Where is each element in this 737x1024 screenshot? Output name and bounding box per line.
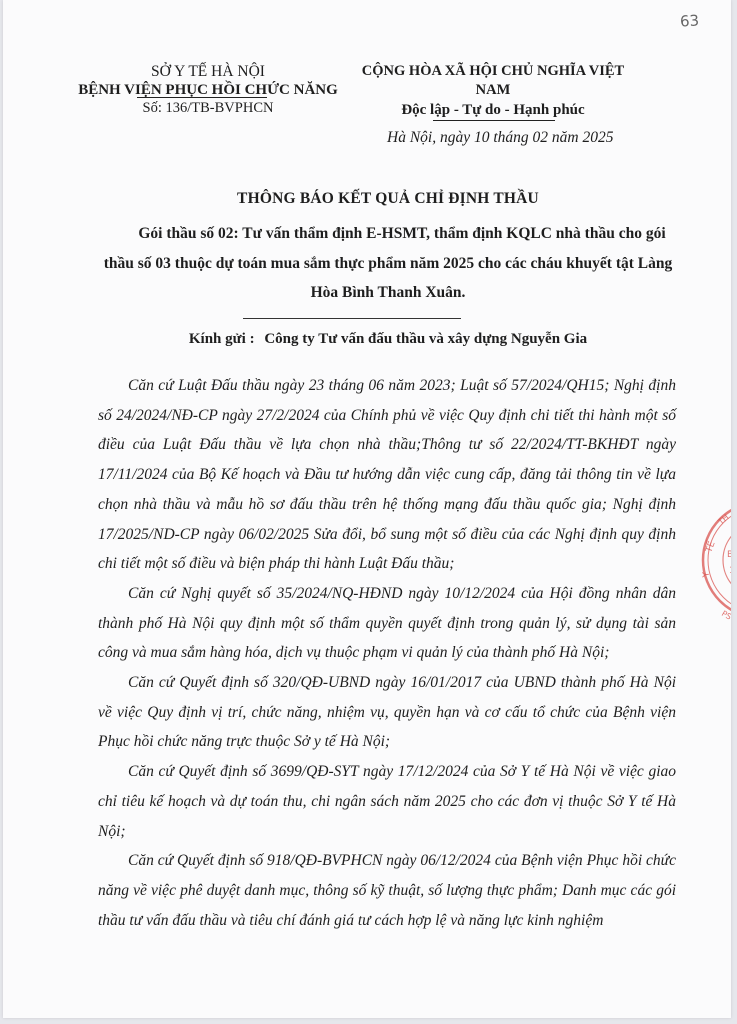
- document-body: Căn cứ Luật Đấu thầu ngày 23 tháng 06 nă…: [98, 371, 676, 935]
- recipient-label: Kính gửi :: [189, 331, 255, 347]
- legal-basis-paragraph: Căn cứ Luật Đấu thầu ngày 23 tháng 06 nă…: [98, 371, 676, 579]
- svg-text:B: B: [727, 550, 731, 560]
- legal-basis-paragraph: Căn cứ Quyết định số 918/QĐ-BVPHCN ngày …: [98, 846, 676, 935]
- recipient-line: Kính gửi : Công ty Tư vấn đấu thầu và xâ…: [103, 331, 673, 348]
- legal-basis-paragraph: Căn cứ Quyết định số 320/QĐ-UBND ngày 16…: [98, 668, 676, 757]
- red-seal-stamp-icon: TẾ Y TH B 1 PS: [699, 495, 731, 625]
- parent-agency: SỞ Y TẾ HÀ NỘI: [73, 62, 343, 81]
- nation-name: CỘNG HÒA XÃ HỘI CHỦ NGHĨA VIỆT NAM: [353, 62, 633, 100]
- legal-basis-paragraph: Căn cứ Nghị quyết số 35/2024/NQ-HĐND ngà…: [98, 579, 676, 668]
- national-motto: Độc lập - Tự do - Hạnh phúc: [353, 100, 633, 120]
- national-header-block: CỘNG HÒA XÃ HỘI CHỦ NGHĨA VIỆT NAM Độc l…: [353, 62, 633, 121]
- svg-text:PS: PS: [720, 609, 731, 622]
- document-number: Số: 136/TB-BVPHCN: [73, 99, 343, 118]
- svg-text:TH: TH: [716, 513, 731, 528]
- legal-basis-paragraph: Căn cứ Quyết định số 3699/QĐ-SYT ngày 17…: [98, 757, 676, 846]
- recipient-name: Công ty Tư vấn đấu thầu và xây dựng Nguy…: [264, 331, 587, 347]
- motto-underline: [433, 120, 555, 121]
- hospital-underline: [137, 97, 267, 98]
- subject-text: Gói thầu số 02: Tư vấn thẩm định E-HSMT,…: [104, 225, 672, 301]
- document-subject: Gói thầu số 02: Tư vấn thẩm định E-HSMT,…: [103, 219, 673, 308]
- document-page: 63 SỞ Y TẾ HÀ NỘI BỆNH VIỆN PHỤC HỒI CHỨ…: [3, 0, 731, 1018]
- title-divider: [243, 318, 461, 319]
- svg-text:1: 1: [729, 566, 731, 576]
- handwritten-page-number: 63: [679, 11, 699, 30]
- issuing-agency-block: SỞ Y TẾ HÀ NỘI BỆNH VIỆN PHỤC HỒI CHỨC N…: [73, 62, 343, 118]
- hospital-name: BỆNH VIỆN PHỤC HỒI CHỨC NĂNG: [78, 82, 338, 98]
- issuing-hospital: BỆNH VIỆN PHỤC HỒI CHỨC NĂNG: [73, 81, 343, 99]
- document-title: THÔNG BÁO KẾT QUẢ CHỈ ĐỊNH THẦU: [103, 190, 673, 208]
- dateline: Hà Nội, ngày 10 tháng 02 năm 2025: [363, 129, 667, 147]
